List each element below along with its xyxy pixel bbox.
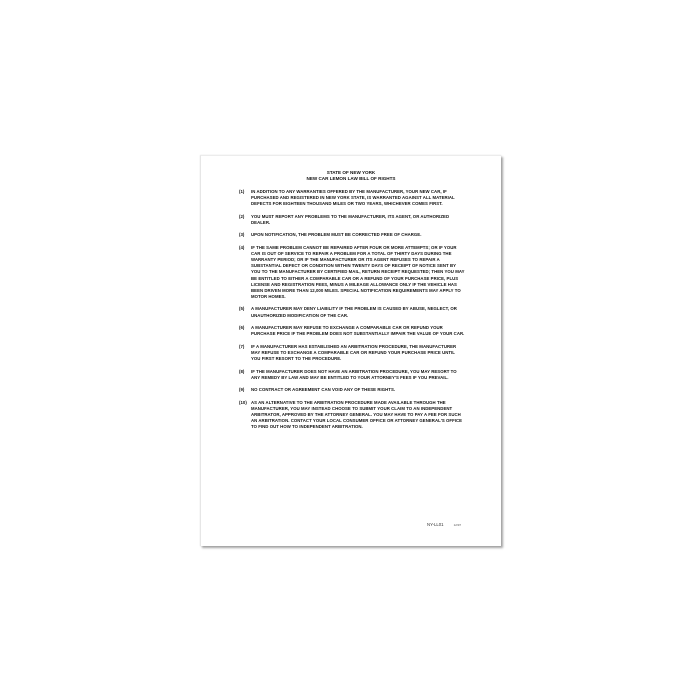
form-footer: NY-LL0112/97 [427,522,461,527]
form-code: NY-LL01 [427,522,444,527]
document-title: STATE OF NEW YORK NEW CAR LEMON LAW BILL… [201,170,501,182]
list-item: (9)NO CONTRACT OR AGREEMENT CAN VOID ANY… [239,387,465,393]
list-item: (7)IF A MANUFACTURER HAS ESTABLISHED AN … [239,344,465,362]
item-number: (2) [239,214,251,226]
item-text: IF THE SAME PROBLEM CANNOT BE REPAIRED A… [251,245,465,300]
item-number: (3) [239,232,251,238]
list-item: (4)IF THE SAME PROBLEM CANNOT BE REPAIRE… [239,245,465,300]
rights-list: (1)IN ADDITION TO ANY WARRANTIES OFFERED… [239,189,465,437]
item-text: IF A MANUFACTURER HAS ESTABLISHED AN ARB… [251,344,465,362]
list-item: (5)A MANUFACTURER MAY DENY LIABILITY IF … [239,306,465,318]
list-item: (10)AS AN ALTERNATIVE TO THE ARBITRATION… [239,400,465,430]
list-item: (8)IF THE MANUFACTURER DOES NOT HAVE AN … [239,369,465,381]
item-text: NO CONTRACT OR AGREEMENT CAN VOID ANY OF… [251,387,465,393]
item-text: IN ADDITION TO ANY WARRANTIES OFFERED BY… [251,189,465,207]
item-number: (1) [239,189,251,207]
form-date: 12/97 [454,523,462,527]
item-text: AS AN ALTERNATIVE TO THE ARBITRATION PRO… [251,400,465,430]
item-text: UPON NOTIFICATION, THE PROBLEM MUST BE C… [251,232,465,238]
list-item: (1)IN ADDITION TO ANY WARRANTIES OFFERED… [239,189,465,207]
item-text: IF THE MANUFACTURER DOES NOT HAVE AN ARB… [251,369,465,381]
item-number: (4) [239,245,251,300]
item-text: YOU MUST REPORT ANY PROBLEMS TO THE MANU… [251,214,465,226]
list-item: (6)A MANUFACTURER MAY REFUSE TO EXCHANGE… [239,325,465,337]
item-number: (9) [239,387,251,393]
list-item: (2)YOU MUST REPORT ANY PROBLEMS TO THE M… [239,214,465,226]
item-text: A MANUFACTURER MAY REFUSE TO EXCHANGE A … [251,325,465,337]
item-number: (5) [239,306,251,318]
title-line-law: NEW CAR LEMON LAW BILL OF RIGHTS [201,176,501,182]
list-item: (3)UPON NOTIFICATION, THE PROBLEM MUST B… [239,232,465,238]
item-text: A MANUFACTURER MAY DENY LIABILITY IF THE… [251,306,465,318]
item-number: (8) [239,369,251,381]
item-number: (6) [239,325,251,337]
document-page: STATE OF NEW YORK NEW CAR LEMON LAW BILL… [200,155,501,546]
item-number: (10) [239,400,251,430]
item-number: (7) [239,344,251,362]
